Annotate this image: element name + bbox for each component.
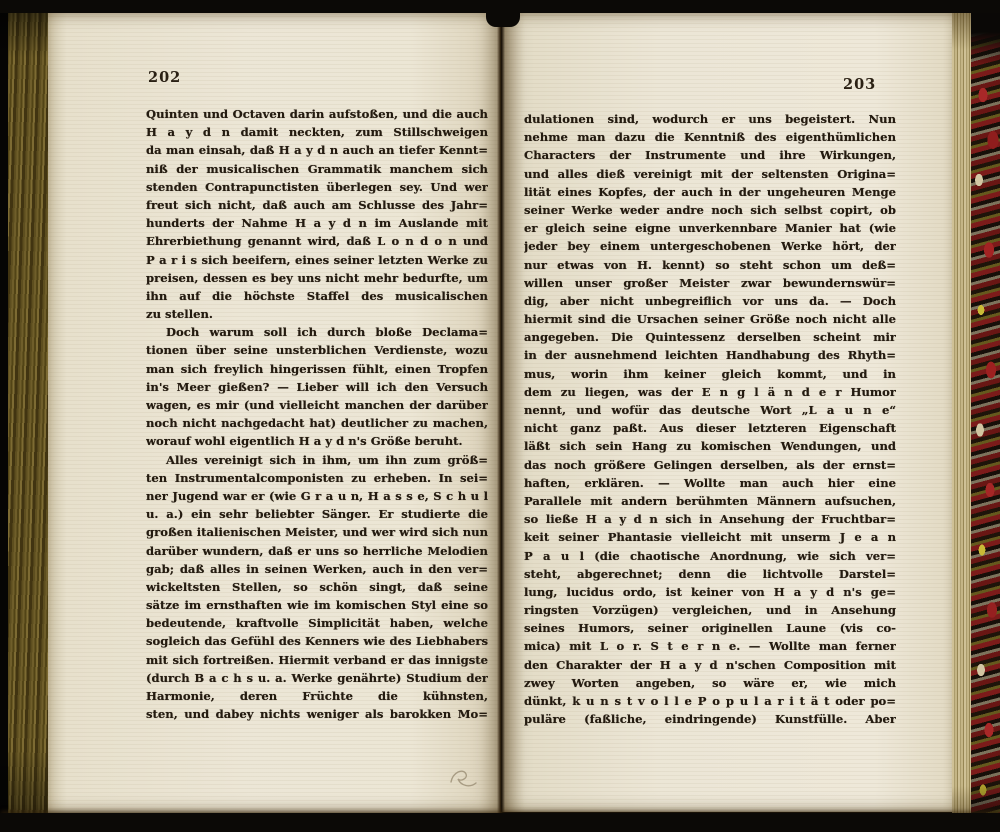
text-line: läßt sich sein Hang zu komischen Wendung… xyxy=(524,437,896,455)
text-line: so ließe H a y d n sich in Ansehung der … xyxy=(524,510,896,528)
text-line: nennt, und wofür das deutsche Wort „L a … xyxy=(524,401,896,419)
text-line: mus, worin ihm keiner gleich kommt, und … xyxy=(524,365,896,383)
text-line: großen italienischen Meister, und wer wi… xyxy=(146,523,488,541)
text-line: lität eines Kopfes, der auch in der unge… xyxy=(524,183,896,201)
text-line: stenden Contrapunctisten überlegen sey. … xyxy=(146,178,488,196)
text-line: ihn auf die höchste Staffel des musicali… xyxy=(146,287,488,305)
text-line: ringsten Vorzügen) vergleichen, und in A… xyxy=(524,601,896,619)
text-line: dem zu liegen, was der E n g l ä n d e r… xyxy=(524,383,896,401)
text-line: nehme man dazu die Kenntniß des eigenthü… xyxy=(524,128,896,146)
text-line: wagen, es mir (und vielleicht manchen de… xyxy=(146,396,488,414)
text-line: mit sich fortreißen. Hiermit verband er … xyxy=(146,651,488,669)
text-line: angegeben. Die Quintessenz derselben sch… xyxy=(524,328,896,346)
text-line: in der ausnehmend leichten Handhabung de… xyxy=(524,346,896,364)
page-number-right: 203 xyxy=(843,76,876,93)
text-line: Parallele mit andern berühmten Männern a… xyxy=(524,492,896,510)
text-line: seiner Werke weder andre noch sich selbs… xyxy=(524,201,896,219)
text-line: sten, und dabey nichts weniger als barok… xyxy=(146,705,488,723)
text-line: Alles vereinigt sich in ihm, um ihn zum … xyxy=(146,451,488,469)
text-line: dulationen sind, wodurch er uns begeiste… xyxy=(524,110,896,128)
book-gutter-shadow xyxy=(497,12,505,813)
text-line: man sich freylich hingerissen fühlt, ein… xyxy=(146,360,488,378)
page-203-text: dulationen sind, wodurch er uns begeiste… xyxy=(524,110,896,728)
text-line: nur etwas von H. kennt) so steht schon u… xyxy=(524,256,896,274)
left-page: 202 Quinten und Octaven darin aufstoßen,… xyxy=(44,12,502,813)
book-spine-edge xyxy=(0,0,48,832)
text-line: niß der musicalischen Grammatik manchem … xyxy=(146,160,488,178)
text-line: keit seiner Phantasie vielleicht mit uns… xyxy=(524,528,896,546)
text-line: seines Humors, seiner originellen Laune … xyxy=(524,619,896,637)
text-line: haften, erklären. — Wollte man auch hier… xyxy=(524,474,896,492)
text-line: u. a.) ein sehr beliebter Sänger. Er stu… xyxy=(146,505,488,523)
text-line: Quinten und Octaven darin aufstoßen, und… xyxy=(146,105,488,123)
gutter-top-notch xyxy=(486,0,520,27)
text-line: freut sich nicht, daß auch am Schlusse d… xyxy=(146,196,488,214)
text-line: sogleich das Gefühl des Kenners wie des … xyxy=(146,632,488,650)
text-line: Doch warum soll ich durch bloße Declama= xyxy=(146,323,488,341)
text-line: mica) mit L o r. S t e r n e. — Wollte m… xyxy=(524,637,896,655)
text-line: (durch B a c h s u. a. Werke genährte) S… xyxy=(146,669,488,687)
text-line: willen unser großer Meister zwar bewunde… xyxy=(524,274,896,292)
marbled-cover-edge xyxy=(971,0,1000,832)
text-line: lung, lucidus ordo, ist keiner von H a y… xyxy=(524,583,896,601)
text-line: hiermit sind die Ursachen seiner Größe n… xyxy=(524,310,896,328)
text-line: ten Instrumentalcomponisten zu erheben. … xyxy=(146,469,488,487)
text-line: preisen, dessen es bey uns nicht mehr be… xyxy=(146,269,488,287)
text-line: nicht ganz paßt. Aus dieser letzteren Ei… xyxy=(524,419,896,437)
text-line: Harmonie, deren Früchte die kühnsten, üb… xyxy=(146,687,488,705)
text-line: jeder bey einem untergeschobenen Werke h… xyxy=(524,237,896,255)
text-line: tionen über seine unsterblichen Verdiens… xyxy=(146,341,488,359)
text-line: steht, abgerechnet; denn die lichtvolle … xyxy=(524,565,896,583)
book-spread-photo: 202 Quinten und Octaven darin aufstoßen,… xyxy=(0,0,1000,832)
text-line: hunderts der Nahme H a y d n im Auslande… xyxy=(146,214,488,232)
text-line: worauf wohl eigentlich H a y d n's Größe… xyxy=(146,432,488,450)
text-line: zu stellen. xyxy=(146,305,488,323)
book-bottom-edge xyxy=(0,813,1000,832)
page-number-left: 202 xyxy=(148,69,181,86)
page-202-text: Quinten und Octaven darin aufstoßen, und… xyxy=(146,105,488,723)
text-line: P a r i s sich beeifern, eines seiner le… xyxy=(146,251,488,269)
text-line: H a y d n damit neckten, zum Stillschwei… xyxy=(146,123,488,141)
text-line: zwey Worten angeben, so wäre er, wie mic… xyxy=(524,674,896,692)
page-block-fore-edge xyxy=(952,10,973,816)
text-line: den Charakter der H a y d n'schen Compos… xyxy=(524,656,896,674)
text-line: Characters der Instrumente und ihre Wirk… xyxy=(524,146,896,164)
text-line: Ehrerbiethung genannt wird, daß L o n d … xyxy=(146,232,488,250)
text-line: dünkt, k u n s t v o l l e P o p u l a r… xyxy=(524,692,896,710)
text-line: da man einsah, daß H a y d n auch an tie… xyxy=(146,141,488,159)
text-line: dig, aber nicht unbegreiflich vor uns da… xyxy=(524,292,896,310)
text-line: und alles dieß vereinigt mit der seltens… xyxy=(524,165,896,183)
text-line: sätze im ernsthaften wie im komischen St… xyxy=(146,596,488,614)
text-line: bedeutende, kraftvolle Simplicität haben… xyxy=(146,614,488,632)
text-line: P a u l (die chaotische Anordnung, wie s… xyxy=(524,547,896,565)
text-line: gab; daß alles in seinen Werken, auch in… xyxy=(146,560,488,578)
text-line: das noch größere Gelingen derselben, als… xyxy=(524,456,896,474)
text-line: darüber wundern, daß er uns so herrliche… xyxy=(146,542,488,560)
text-line: in's Meer gießen? — Lieber will ich den … xyxy=(146,378,488,396)
text-line: wickeltsten Stellen, so schön singt, daß… xyxy=(146,578,488,596)
text-line: ner Jugend war er (wie G r a u n, H a s … xyxy=(146,487,488,505)
pencil-mark xyxy=(448,766,480,792)
text-line: puläre (faßliche, eindringende) Kunstfül… xyxy=(524,710,896,728)
text-line: er gleich seine eigne unverkennbare Mani… xyxy=(524,219,896,237)
right-page: 203 dulationen sind, wodurch er uns bege… xyxy=(502,13,956,812)
text-line: noch nicht nachgedacht hat) deutlicher z… xyxy=(146,414,488,432)
